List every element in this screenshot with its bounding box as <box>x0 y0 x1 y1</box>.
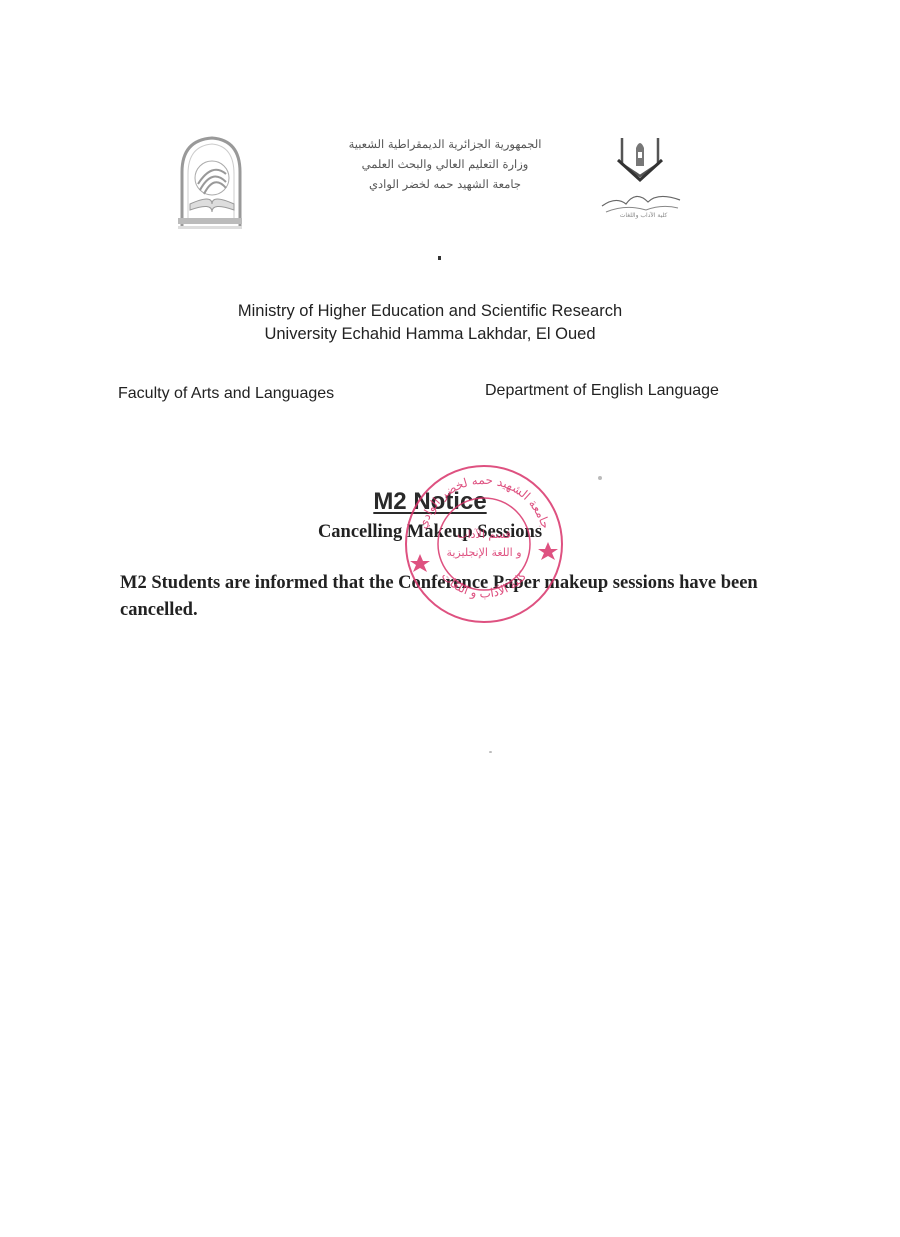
notice-body: M2 Students are informed that the Confer… <box>120 570 760 624</box>
university-logo <box>176 134 244 232</box>
arabic-line-republic: الجمهورية الجزائرية الديمقراطية الشعبية <box>320 134 570 154</box>
arabic-line-university: جامعة الشهيد حمه لخضر الوادي <box>320 174 570 194</box>
arabic-header: الجمهورية الجزائرية الديمقراطية الشعبية … <box>320 134 570 194</box>
scan-speck <box>598 476 602 480</box>
scan-speck <box>438 256 441 260</box>
institution-heading: Ministry of Higher Education and Scienti… <box>160 300 700 346</box>
scan-speck <box>489 751 492 753</box>
stamp-inner-line2: و اللغة الإنجليزية <box>446 546 521 559</box>
ministry-name: Ministry of Higher Education and Scienti… <box>160 300 700 323</box>
university-name: University Echahid Hamma Lakhdar, El Oue… <box>160 323 700 346</box>
faculty-name: Faculty of Arts and Languages <box>118 385 334 403</box>
notice-title: M2 Notice <box>300 488 560 516</box>
stamp-star-right-icon <box>538 542 558 560</box>
department-name: Department of English Language <box>485 382 719 400</box>
faculty-logo-caption: كلية الآداب واللغات <box>606 212 681 219</box>
arabic-line-ministry: وزارة التعليم العالي والبحث العلمي <box>320 154 570 174</box>
notice-subtitle: Cancelling Makeup Sessions <box>280 522 580 543</box>
faculty-logo: كلية الآداب واللغات <box>596 130 686 225</box>
